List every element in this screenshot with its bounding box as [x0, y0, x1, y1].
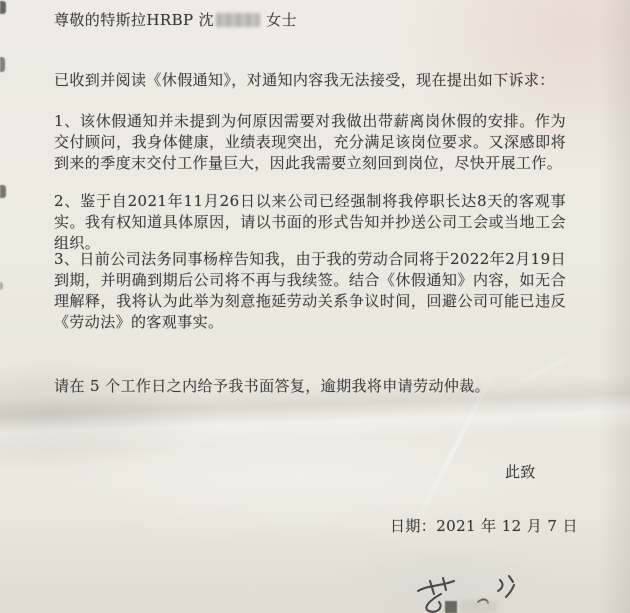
date-line: 日期：2021 年 12 月 7 日 — [390, 516, 578, 537]
intro-paragraph: 已收到并阅读《休假通知》，对通知内容我无法接受，现在提出如下诉求： — [54, 70, 566, 91]
demand-paragraph-3: 3、日前公司法务同事杨梓告知我，由于我的劳动合同将于2022年2月19日到期，并… — [54, 249, 566, 333]
photo-edge-mark — [0, 1, 6, 14]
salutation-prefix: 尊敬的特斯拉HRBP 沈 — [54, 11, 214, 29]
demand-paragraph-2: 2、鉴于自2021年11月26日以来公司已经强制将我停职长达8天的客观事实。我有… — [54, 191, 566, 254]
paper-shadow-right-edge — [600, 0, 630, 613]
photo-edge-mark — [0, 185, 6, 198]
redacted-signature-patch — [445, 601, 457, 613]
handwritten-signature — [408, 570, 538, 613]
redacted-signature-smudge — [460, 600, 498, 613]
demand-paragraph-1: 1、该休假通知并未提到为何原因需要对我做出带薪离岗休假的安排。作为交付顾问，我身… — [54, 111, 566, 174]
salutation-line: 尊敬的特斯拉HRBP 沈女士 — [54, 10, 566, 31]
deadline-paragraph: 请在 5 个工作日之内给予我书面答复，逾期我将申请劳动仲裁。 — [54, 376, 566, 397]
closing-salute: 此致 — [505, 462, 536, 483]
salutation-suffix: 女士 — [266, 11, 297, 29]
photo-edge-mark — [0, 57, 5, 72]
redacted-name-patch — [216, 13, 260, 27]
photo-edge-mark — [0, 282, 3, 290]
letter-photo: 尊敬的特斯拉HRBP 沈女士 已收到并阅读《休假通知》，对通知内容我无法接受，现… — [0, 0, 630, 613]
